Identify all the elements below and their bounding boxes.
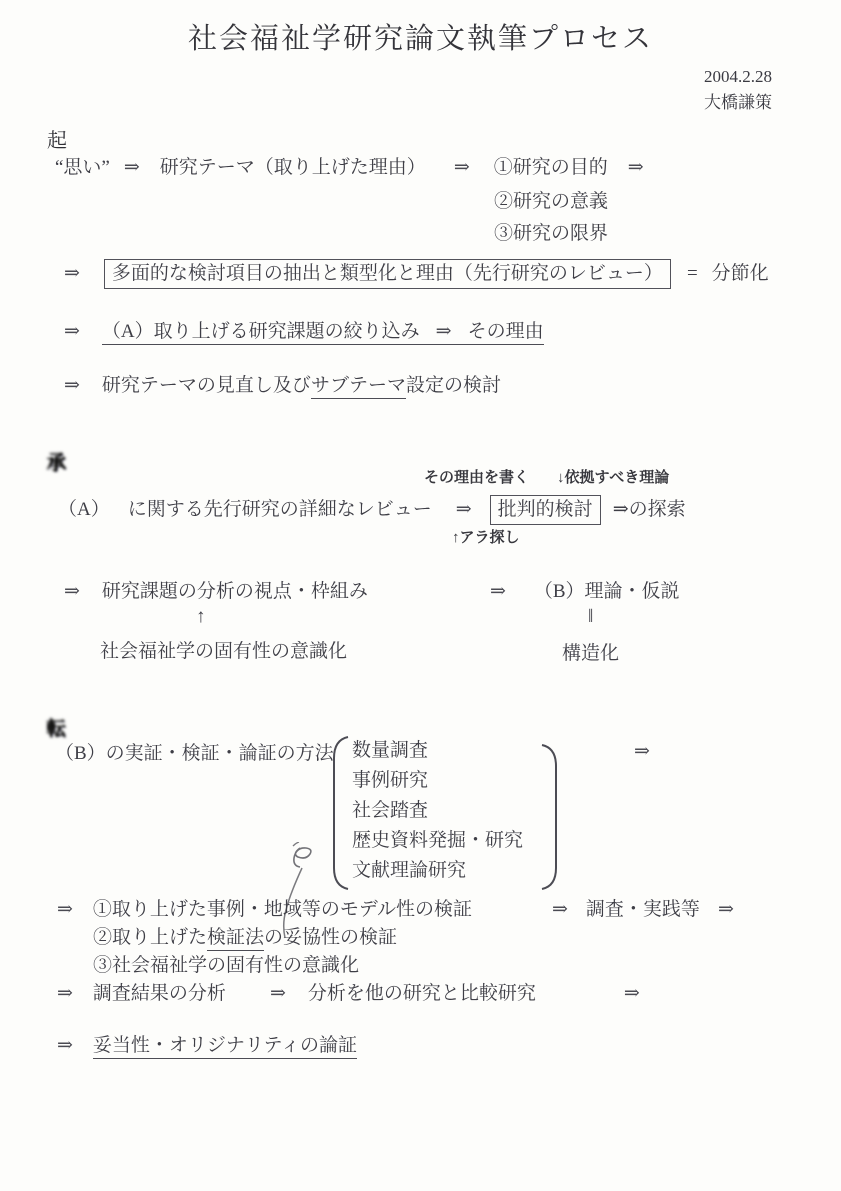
prior-review-text: に関する先行研究の詳細なレビュー bbox=[128, 499, 432, 520]
flow-row-analysis: ⇒調査結果の分析⇒分析を他の研究と比較研究⇒ bbox=[55, 978, 642, 1005]
flow-row-practice: ⇒調査・実践等⇒ bbox=[550, 894, 736, 921]
review-pre-text: 研究テーマの見直し及び bbox=[102, 375, 311, 396]
flow-row-theme: “思い”⇒研究テーマ（取り上げた理由）⇒①研究の目的⇒ bbox=[55, 152, 646, 179]
double-arrow-icon: ⇒ bbox=[62, 375, 82, 396]
document-date: 2004.2.28 bbox=[704, 64, 772, 90]
structuring-text: 構造化 bbox=[562, 638, 619, 665]
method-item: 事例研究 bbox=[352, 766, 523, 796]
its-reason-text: その理由 bbox=[468, 321, 544, 342]
note-theory-to-rely-on: ↓依拠すべき理論 bbox=[557, 466, 669, 487]
method-item: 数量調査 bbox=[352, 736, 523, 766]
double-arrow-icon: ⇒ bbox=[452, 157, 472, 178]
section-label-shou: 承 bbox=[46, 446, 65, 475]
equals-sign: = bbox=[687, 263, 698, 284]
validity-originality-underlined-text: 妥当性・オリジナリティの論証 bbox=[93, 1035, 357, 1059]
double-arrow-icon: ⇒ bbox=[420, 321, 468, 342]
limitation-text: ③研究の限界 bbox=[494, 218, 608, 245]
document-author: 大橋謙策 bbox=[704, 90, 772, 116]
double-arrow-icon: ⇒ bbox=[622, 983, 642, 1004]
search-text: ⇒の探索 bbox=[613, 499, 686, 520]
significance-text: ②研究の意義 bbox=[494, 186, 608, 213]
double-arrow-icon: ⇒ bbox=[454, 499, 474, 520]
method-item: 文献理論研究 bbox=[352, 856, 523, 886]
double-arrow-icon: ⇒ bbox=[55, 899, 75, 920]
date-author-block: 2004.2.28 大橋謙策 bbox=[704, 64, 772, 116]
narrowing-text: （A）取り上げる研究課題の絞り込み bbox=[102, 321, 420, 342]
double-arrow-icon: ⇒ bbox=[550, 899, 570, 920]
identity-awareness-2-text: ③社会福祉学の固有性の意識化 bbox=[93, 950, 359, 977]
feel-text: “思い” bbox=[55, 157, 110, 178]
flow-row-narrowing: ⇒（A）取り上げる研究課題の絞り込み⇒その理由 bbox=[62, 316, 544, 343]
subtheme-underlined-text: サブテーマ bbox=[311, 375, 406, 399]
v2-post-text: の妥協性の検証 bbox=[264, 927, 397, 948]
flow-row-boxed-review: ⇒多面的な検討項目の抽出と類型化と理由（先行研究のレビュー）=分節化 bbox=[62, 258, 769, 285]
review-post-text: 設定の検討 bbox=[406, 375, 501, 396]
double-arrow-icon: ⇒ bbox=[55, 983, 75, 1004]
scanned-document-page: 社会福祉学研究論文執筆プロセス 2004.2.28 大橋謙策 起 “思い”⇒研究… bbox=[0, 0, 841, 1191]
a-label-text: （A） bbox=[58, 499, 110, 520]
survey-practice-text: 調査・実践等 bbox=[586, 899, 700, 920]
section-label-ki: 起 bbox=[47, 124, 67, 153]
method-item: 歴史資料発掘・研究 bbox=[352, 826, 523, 856]
right-bracket-shape bbox=[540, 742, 562, 892]
double-arrow-icon: ⇒ bbox=[632, 740, 652, 763]
model-verification-text: ①取り上げた事例・地域等のモデル性の検証 bbox=[93, 899, 472, 920]
critical-examination-boxed-text: 批判的検討 bbox=[490, 495, 601, 525]
boxed-extraction-text: 多面的な検討項目の抽出と類型化と理由（先行研究のレビュー） bbox=[104, 259, 671, 289]
v2-pre-text: ②取り上げた bbox=[93, 927, 207, 948]
flow-row-verification: ⇒①取り上げた事例・地域等のモデル性の検証 bbox=[55, 894, 472, 921]
up-arrow-icon: ↑ bbox=[196, 606, 206, 628]
verification-method-row: ②取り上げた検証法の妥協性の検証 bbox=[93, 922, 397, 949]
segmentation-text: 分節化 bbox=[712, 263, 769, 284]
parallel-bars-icon: ‖ bbox=[588, 606, 593, 628]
purpose-text: ①研究の目的 bbox=[494, 157, 608, 178]
double-arrow-icon: ⇒ bbox=[488, 581, 508, 602]
section-label-ten: 転 bbox=[46, 712, 65, 741]
result-analysis-text: 調査結果の分析 bbox=[93, 983, 226, 1004]
double-arrow-icon: ⇒ bbox=[62, 581, 82, 602]
flow-row-subtheme: ⇒研究テーマの見直し及びサブテーマ設定の検討 bbox=[62, 370, 501, 397]
double-arrow-icon: ⇒ bbox=[122, 157, 142, 178]
flow-row-framework: ⇒研究課題の分析の視点・枠組み⇒（B）理論・仮説 bbox=[62, 576, 680, 603]
method-head-text: （B）の実証・検証・論証の方法 bbox=[55, 738, 334, 765]
double-arrow-icon: ⇒ bbox=[716, 899, 736, 920]
double-arrow-icon: ⇒ bbox=[55, 1035, 75, 1056]
theory-hypothesis-text: （B）理論・仮説 bbox=[534, 581, 680, 602]
double-arrow-icon: ⇒ bbox=[626, 157, 646, 178]
flow-row-validity: ⇒妥当性・オリジナリティの論証 bbox=[55, 1030, 357, 1057]
note-write-reason: その理由を書く bbox=[424, 466, 529, 487]
identity-awareness-text: 社会福祉学の固有性の意識化 bbox=[100, 636, 347, 663]
note-fault-finding: ↑アラ探し bbox=[452, 526, 520, 547]
flow-row-prior-review: （A）に関する先行研究の詳細なレビュー⇒批判的検討⇒の探索 bbox=[58, 494, 686, 521]
narrowing-underlined-group: （A）取り上げる研究課題の絞り込み⇒その理由 bbox=[102, 321, 544, 345]
double-arrow-icon: ⇒ bbox=[62, 263, 82, 284]
comparative-study-text: 分析を他の研究と比較研究 bbox=[308, 983, 536, 1004]
page-title: 社会福祉学研究論文執筆プロセス bbox=[0, 16, 841, 57]
double-arrow-icon: ⇒ bbox=[268, 983, 288, 1004]
methods-list: 数量調査 事例研究 社会踏査 歴史資料発掘・研究 文献理論研究 bbox=[352, 736, 523, 886]
verification-method-underlined-text: 検証法 bbox=[207, 927, 264, 951]
research-theme-text: 研究テーマ（取り上げた理由） bbox=[160, 157, 426, 178]
framework-text: 研究課題の分析の視点・枠組み bbox=[102, 581, 368, 602]
method-item: 社会踏査 bbox=[352, 796, 523, 826]
double-arrow-icon: ⇒ bbox=[62, 321, 82, 342]
